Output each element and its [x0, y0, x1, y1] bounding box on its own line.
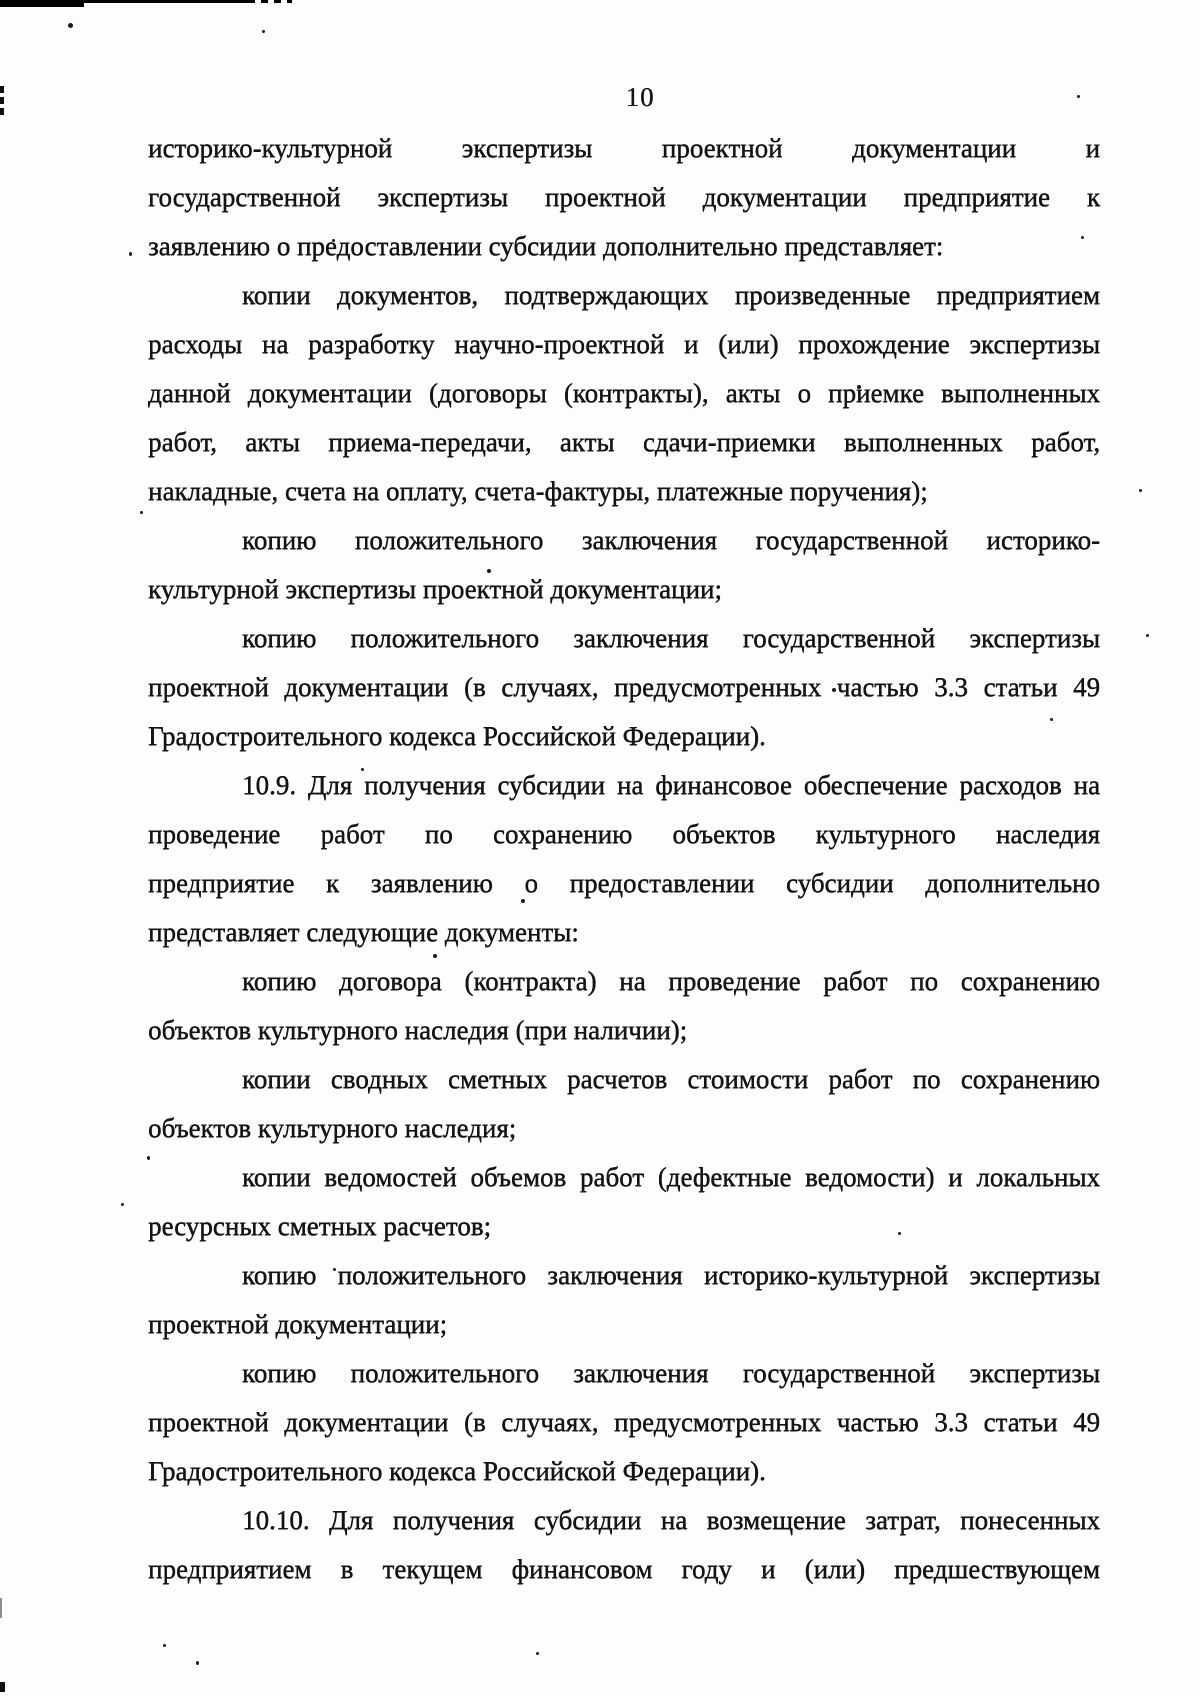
text-line: копии сводных сметных расчетов стоимости…	[148, 1055, 1100, 1104]
scan-speck	[333, 1268, 336, 1271]
scan-speck	[1146, 634, 1149, 637]
scan-speck	[361, 768, 364, 771]
scan-artifact-edge-tick	[0, 108, 4, 115]
text-line: копию положительного заключения историко…	[148, 1251, 1100, 1300]
text-line: копии документов, подтверждающих произве…	[148, 271, 1100, 320]
text-line: проведение работ по сохранению объектов …	[148, 810, 1100, 859]
text-line: копию положительного заключения государс…	[148, 1349, 1100, 1398]
text-line: копию положительного заключения государс…	[148, 614, 1100, 663]
text-line: объектов культурного наследия (при налич…	[148, 1006, 1100, 1055]
text-line: копию договора (контракта) на проведение…	[148, 957, 1100, 1006]
text-line: историко-культурной экспертизы проектной…	[148, 124, 1100, 173]
document-page: 10 историко-культурной экспертизы проект…	[0, 0, 1200, 1697]
text-line: 10.9. Для получения субсидии на финансов…	[148, 761, 1100, 810]
scan-artifact-edge-tick	[0, 1682, 5, 1692]
text-line: проектной документации (в случаях, преду…	[148, 663, 1100, 712]
scan-speck	[1050, 718, 1053, 721]
scan-artifact-edge-strip	[0, 1598, 2, 1618]
text-line: проектной документации (в случаях, преду…	[148, 1398, 1100, 1447]
text-line: проектной документации;	[148, 1300, 1100, 1349]
scan-speck	[536, 1652, 539, 1655]
scan-artifact-top-line	[0, 0, 248, 3]
text-line: расходы на разработку научно-проектной и…	[148, 320, 1100, 369]
text-line: копии ведомостей объемов работ (дефектны…	[148, 1153, 1100, 1202]
text-line: Градостроительного кодекса Российской Фе…	[148, 712, 1100, 761]
scan-artifact-edge-tick	[0, 86, 4, 93]
scan-speck	[332, 239, 335, 242]
scan-artifact-top-dashes	[248, 0, 292, 3]
scan-speck	[857, 385, 861, 389]
scan-speck	[898, 1232, 901, 1235]
scan-artifact-edge-tick	[0, 97, 4, 104]
document-body: историко-культурной экспертизы проектной…	[148, 124, 1100, 1594]
scan-speck	[487, 569, 491, 573]
text-line: копию положительного заключения государс…	[148, 516, 1100, 565]
text-line: заявлению о предоставлении субсидии допо…	[148, 222, 1100, 271]
scan-speck	[262, 30, 265, 33]
text-line: культурной экспертизы проектной документ…	[148, 565, 1100, 614]
text-line: 10.10. Для получения субсидии на возмеще…	[148, 1496, 1100, 1545]
scan-speck	[147, 1156, 150, 1160]
scan-speck	[1077, 95, 1080, 98]
page-number: 10	[164, 82, 1116, 113]
text-line: данной документации (договоры (контракты…	[148, 369, 1100, 418]
text-line: государственной экспертизы проектной док…	[148, 173, 1100, 222]
scan-speck	[121, 1203, 124, 1206]
text-line: Градостроительного кодекса Российской Фе…	[148, 1447, 1100, 1496]
text-line: работ, акты приема-передачи, акты сдачи-…	[148, 418, 1100, 467]
scan-speck	[832, 688, 836, 692]
scan-speck	[140, 511, 143, 514]
scan-speck	[68, 23, 73, 28]
text-line: накладные, счета на оплату, счета-фактур…	[148, 467, 1100, 516]
scan-speck	[433, 954, 437, 958]
text-line: ресурсных сметных расчетов;	[148, 1202, 1100, 1251]
text-line: предприятием в текущем финансовом году и…	[148, 1545, 1100, 1594]
scan-speck	[129, 252, 132, 256]
text-line: предприятие к заявлению о предоставлении…	[148, 859, 1100, 908]
scan-speck	[1139, 489, 1142, 492]
scan-speck	[196, 1661, 199, 1665]
text-line: объектов культурного наследия;	[148, 1104, 1100, 1153]
scan-speck	[163, 1644, 166, 1647]
scan-speck	[1081, 236, 1084, 239]
scan-speck	[521, 899, 525, 903]
text-line: представляет следующие документы:	[148, 908, 1100, 957]
